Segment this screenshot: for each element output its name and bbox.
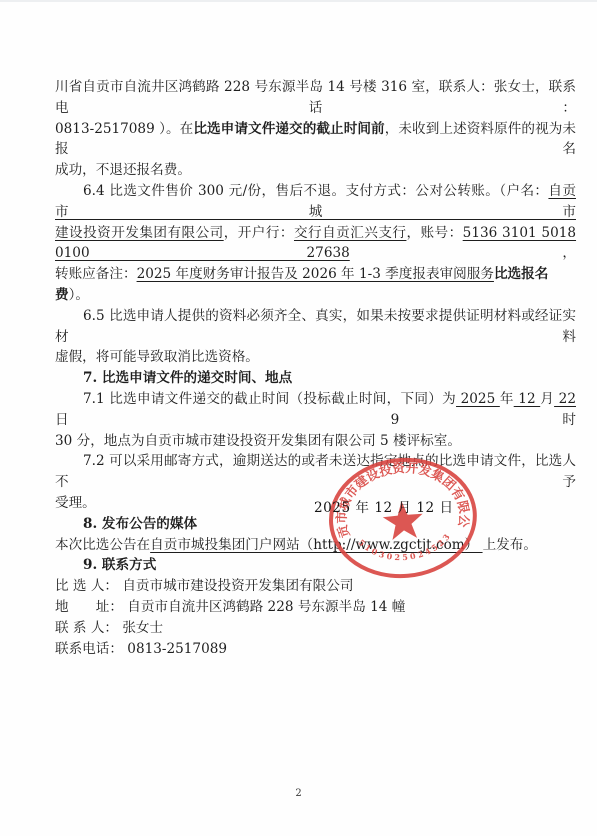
company-seal: 自贡市城市建设投资开发集团有限公司 5103025024523: [322, 450, 484, 589]
text-line: 建设投资开发集团有限公司，开户行：交行自贡汇兴支行，账号：5136 3101 5…: [55, 223, 576, 265]
text-segment: 7. 比选申请文件的递交时间、地点: [83, 370, 292, 386]
text-segment: 成功，不退还报名费。: [55, 162, 191, 178]
text-segment: 12: [514, 391, 541, 407]
text-segment: 联 系 人： 张女士: [55, 620, 163, 636]
text-line: 6.5 比选申请人提供的资料必须齐全、真实，如果未按要求提供证明材料或经证实材料: [55, 306, 576, 348]
text-line: 联 系 人： 张女士: [55, 618, 576, 639]
seal-graphic: 自贡市城市建设投资开发集团有限公司 5103025024523: [322, 450, 484, 589]
text-segment: 7.2 可以采用邮寄方式，逾期送达的或者未送达指定地点的比选申请文件，比选人不予: [55, 453, 576, 490]
text-segment: ）。: [69, 287, 89, 303]
seal-date: 2025 年 12 月 12 日: [314, 496, 454, 516]
text-line: 川省自贡市自流井区鸿鹤路 228 号东源半岛 14 号楼 316 室，联系人：张…: [55, 77, 576, 119]
text-segment: 6.5 比选申请人提供的资料必须齐全、真实，如果未按要求提供证明材料或经证实材料: [55, 308, 576, 345]
text-segment: 上发布。: [483, 537, 537, 553]
text-segment: 6.4 比选文件售价 300 元/份，售后不退。支付方式：公对公转账。（户名：: [83, 183, 548, 199]
document-body: 川省自贡市自流井区鸿鹤路 228 号东源半岛 14 号楼 316 室，联系人：张…: [55, 77, 576, 659]
text-segment: ，: [350, 245, 576, 261]
text-segment: 0813-2517089 ）。在: [55, 121, 193, 137]
text-segment: 川省自贡市自流井区鸿鹤路 228 号东源半岛 14 号楼 316 室，联系人：张…: [55, 79, 576, 116]
text-segment: 2025: [456, 391, 500, 407]
text-line: 7.2 可以采用邮寄方式，逾期送达的或者未送达指定地点的比选申请文件，比选人不予: [55, 451, 576, 493]
text-segment: 比 选 人： 自贡市城市建设投资开发集团有限公司: [55, 578, 353, 594]
text-segment: 比选申请文件递交的截止时间前: [193, 121, 384, 137]
text-line: 6.4 比选文件售价 300 元/份，售后不退。支付方式：公对公转账。（户名：自…: [55, 181, 576, 223]
text-line: 7.1 比选申请文件递交的截止时间（投标截止时间，下同）为 2025 年 12 …: [55, 389, 576, 431]
text-segment: 地 址： 自贡市自流井区鸿鹤路 228 号东源半岛 14 幢: [55, 599, 405, 615]
text-line: 虚假，将可能导致取消比选资格。: [55, 347, 576, 368]
text-segment: 交行自贡汇兴支行: [294, 225, 406, 241]
text-line: 30 分，地点为自贡市城市建设投资开发集团有限公司 5 楼评标室。: [55, 431, 576, 452]
text-line: 0813-2517089 ）。在比选申请文件递交的截止时间前，未收到上述资料原件…: [55, 119, 576, 161]
text-line: 本次比选公告在自贡市城投集团门户网站（http://www.zgctjt.com…: [55, 535, 576, 556]
page-number: 2: [0, 788, 597, 799]
text-segment: 7.1 比选申请文件递交的截止时间（投标截止时间，下同）为: [83, 391, 456, 407]
text-segment: 2025 年度财务审计报告及 2026 年 1-3 季度报表审阅服务: [137, 266, 494, 282]
text-segment: 日 9 时: [55, 412, 576, 428]
text-segment: 联系电话： 0813-2517089: [55, 641, 227, 657]
text-line: 转账应备注：2025 年度财务审计报告及 2026 年 1-3 季度报表审阅服务…: [55, 264, 576, 306]
text-segment: 转账应备注：: [55, 266, 137, 282]
text-segment: ，开户行：: [224, 225, 294, 241]
text-line: 9. 联系方式: [55, 555, 576, 576]
text-segment: 建设投资开发集团有限公司: [55, 225, 224, 241]
text-line: 成功，不退还报名费。: [55, 160, 576, 181]
text-segment: 30 分，地点为自贡市城市建设投资开发集团有限公司 5 楼评标室。: [55, 433, 461, 449]
text-segment: 虚假，将可能导致取消比选资格。: [55, 349, 259, 365]
text-line: 联系电话： 0813-2517089: [55, 639, 576, 660]
scan-edge: [0, 0, 597, 2]
text-segment: 本次比选公告在: [55, 537, 150, 553]
text-segment: 8. 发布公告的媒体: [83, 516, 197, 532]
text-segment: ，账号：: [406, 225, 462, 241]
text-segment: 9. 联系方式: [83, 557, 156, 573]
text-line: 7. 比选申请文件的递交时间、地点: [55, 368, 576, 389]
text-segment: 受理。: [55, 495, 96, 511]
text-segment: 年: [500, 391, 514, 407]
text-line: 比 选 人： 自贡市城市建设投资开发集团有限公司: [55, 576, 576, 597]
text-segment: 月: [540, 391, 554, 407]
text-line: 8. 发布公告的媒体: [55, 514, 576, 535]
text-segment: 22: [554, 391, 576, 407]
text-line: 地 址： 自贡市自流井区鸿鹤路 228 号东源半岛 14 幢: [55, 597, 576, 618]
seal-code-text: 5103025024523: [356, 529, 455, 566]
